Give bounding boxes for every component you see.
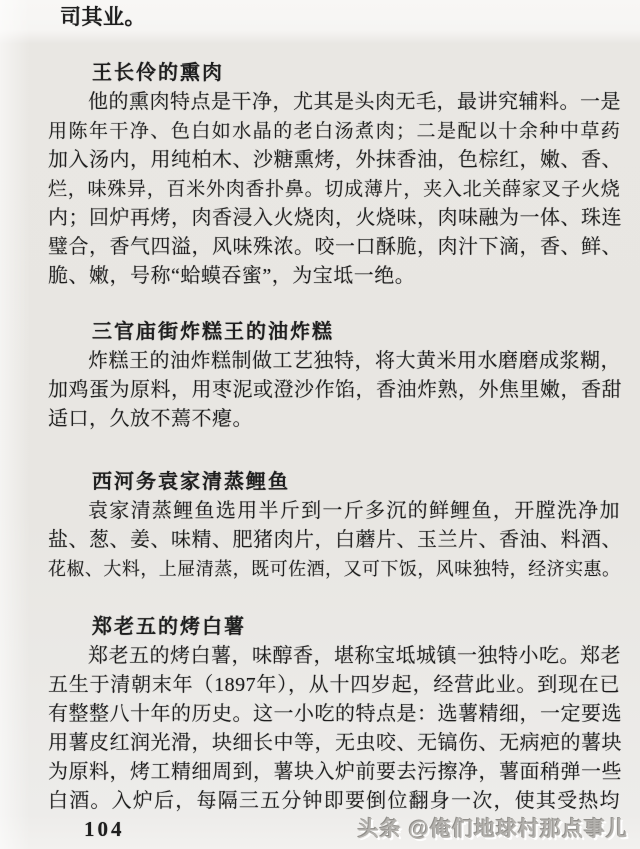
section-baked-sweet-potato: 郑老五的烤白薯 郑老五的烤白薯，味醇香，堪称宝坻城镇一独特小吃。郑老 五生于清朝… xyxy=(48,613,620,816)
text-line: 内；回炉再烤，肉香浸入火烧肉，火烧味，肉味融为一体、珠连 xyxy=(48,204,620,233)
section-fried-cake: 三官庙街炸糕王的油炸糕 炸糕王的油炸糕制做工艺独特，将大黄米用水磨磨成浆糊， 加… xyxy=(48,318,620,434)
text-line: 用陈年干净、色白如水晶的老白汤煮肉；二是配以十余种中草药 xyxy=(48,117,620,146)
text-line: 适口，久放不蔫不瘪。 xyxy=(48,405,620,434)
text-line: 花椒、大料，上屉清蒸，既可佐酒，又可下饭，风味独特，经济实惠。 xyxy=(48,555,620,584)
watermark: 头条 @俺们地球村那点事儿 xyxy=(358,813,628,843)
text-line: 加入汤内，用纯柏木、沙糖熏烤，外抹香油，色棕红，嫩、香、 xyxy=(48,146,620,175)
text-line: 他的熏肉特点是干净，尤其是头肉无毛，最讲究辅料。一是 xyxy=(48,88,620,117)
book-page: 司其业。 王长伶的熏肉 他的熏肉特点是干净，尤其是头肉无毛，最讲究辅料。一是 用… xyxy=(0,0,640,849)
section-heading: 三官庙街炸糕王的油炸糕 xyxy=(48,318,620,347)
section-heading: 王长伶的熏肉 xyxy=(48,59,620,88)
section-wang-changling-smoked-meat: 王长伶的熏肉 他的熏肉特点是干净，尤其是头肉无毛，最讲究辅料。一是 用陈年干净、… xyxy=(48,59,620,291)
text-line: 璧合，香气四溢，风味殊浓。咬一口酥脆，肉汁下滴，香、鲜、 xyxy=(48,233,620,262)
text-line: 盐、葱、姜、味精、肥猪肉片，白蘑片、玉兰片、香油、料酒、 xyxy=(48,526,620,555)
page-content: 司其业。 王长伶的熏肉 他的熏肉特点是干净，尤其是头肉无毛，最讲究辅料。一是 用… xyxy=(0,0,640,816)
text-line: 烂，味殊异，百米外肉香扑鼻。切成薄片，夹入北关薛家叉子火烧 xyxy=(48,175,620,204)
text-line: 脆、嫩，号称“蛤蟆吞蜜”，为宝坻一绝。 xyxy=(48,262,620,291)
continuation-line: 司其业。 xyxy=(60,3,620,32)
text-line: 加鸡蛋为原料，用枣泥或澄沙作馅，香油炸熟，外焦里嫩，香甜 xyxy=(48,376,620,405)
text-line: 五生于清朝末年（1897年），从十四岁起，经营此业。到现在已 xyxy=(48,671,620,700)
text-line: 郑老五的烤白薯，味醇香，堪称宝坻城镇一独特小吃。郑老 xyxy=(48,642,620,671)
text-line: 为原料，烤工精细周到，薯块入炉前要去污擦净，薯面稍弹一些 xyxy=(48,758,620,787)
text-line: 有整整八十年的历史。这一小吃的特点是：选薯精细，一定要选 xyxy=(48,700,620,729)
section-steamed-carp: 西河务袁家清蒸鲤鱼 袁家清蒸鲤鱼选用半斤到一斤多沉的鲜鲤鱼，开膛洗净加 盐、葱、… xyxy=(48,468,620,584)
section-heading: 郑老五的烤白薯 xyxy=(48,613,620,642)
text-line: 白酒。入炉后，每隔三五分钟即要倒位翻身一次，使其受热均 xyxy=(48,787,620,816)
section-heading: 西河务袁家清蒸鲤鱼 xyxy=(48,468,620,497)
text-line: 袁家清蒸鲤鱼选用半斤到一斤多沉的鲜鲤鱼，开膛洗净加 xyxy=(48,497,620,526)
text-line: 用薯皮红润光滑，块细长中等，无虫咬、无镐伤、无病疤的薯块 xyxy=(48,729,620,758)
page-number: 104 xyxy=(84,817,125,842)
page-footer: 104 头条 @俺们地球村那点事儿 xyxy=(48,813,628,843)
text-line: 炸糕王的油炸糕制做工艺独特，将大黄米用水磨磨成浆糊， xyxy=(48,347,620,376)
